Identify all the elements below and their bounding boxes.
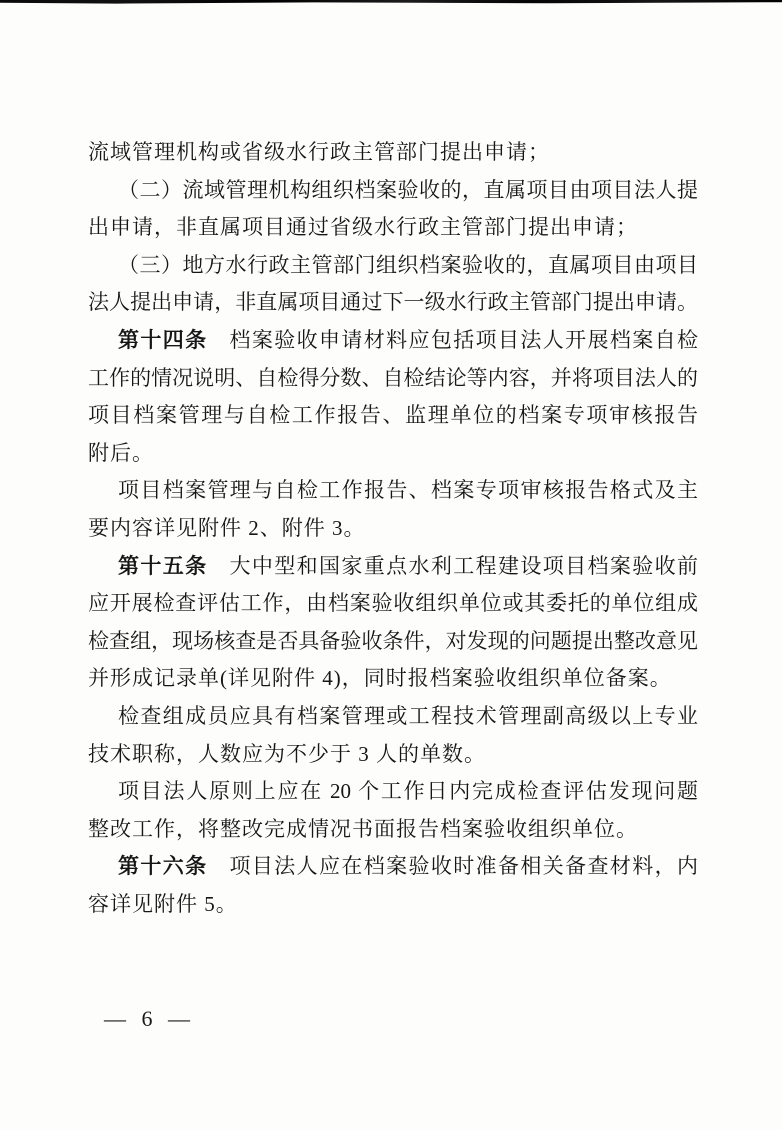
document-body: 流域管理机构或省级水行政主管部门提出申请； （二）流域管理机构组织档案验收的，直…	[88, 134, 698, 923]
text-line: 要内容详见附件 2、附件 3。	[88, 510, 698, 548]
text-line: 项目法人原则上应在 20 个工作日内完成检查评估发现问题	[88, 773, 698, 811]
text-line: （三）地方水行政主管部门组织档案验收的，直属项目由项目	[88, 247, 698, 285]
article-number: 第十四条	[118, 329, 208, 352]
line-text: 容详见附件 5。	[88, 892, 238, 916]
line-text: 要内容详见附件 2、附件 3。	[88, 516, 366, 540]
line-text: 项目法人应在档案验收时准备相关备查材料，内	[230, 854, 699, 878]
text-line: 技术职称，人数应为不少于 3 人的单数。	[88, 736, 698, 774]
text-line: 并形成记录单(详见附件 4)，同时报档案验收组织单位备案。	[88, 660, 698, 698]
text-line: 流域管理机构或省级水行政主管部门提出申请；	[88, 134, 698, 172]
line-text: 并形成记录单(详见附件 4)，同时报档案验收组织单位备案。	[88, 666, 672, 690]
line-text: （二）流域管理机构组织档案验收的，直属项目由项目法人提	[118, 178, 698, 202]
line-text: 出申请，非直属项目通过省级水行政主管部门提出申请；	[88, 215, 638, 239]
text-line: 第十五条大中型和国家重点水利工程建设项目档案验收前	[88, 548, 698, 586]
line-text: 项目档案管理与自检工作报告、监理单位的档案专项审核报告	[88, 403, 698, 427]
line-text: 检查组成员应具有档案管理或工程技术管理副高级以上专业	[118, 704, 698, 728]
text-line: 项目档案管理与自检工作报告、档案专项审核报告格式及主	[88, 472, 698, 510]
text-line: 项目档案管理与自检工作报告、监理单位的档案专项审核报告	[88, 397, 698, 435]
line-text: 法人提出申请，非直属项目通过下一级水行政主管部门提出申请。	[88, 290, 698, 314]
text-line: 出申请，非直属项目通过省级水行政主管部门提出申请；	[88, 209, 698, 247]
line-text: 技术职称，人数应为不少于 3 人的单数。	[88, 742, 486, 766]
text-line: 附后。	[88, 435, 698, 473]
page-number: — 6 —	[104, 1006, 195, 1032]
text-line: 工作的情况说明、自检得分数、自检结论等内容，并将项目法人的	[88, 360, 698, 398]
text-line: 检查组，现场核查是否具备验收条件，对发现的问题提出整改意见	[88, 623, 698, 661]
text-line: 第十四条档案验收申请材料应包括项目法人开展档案自检	[88, 322, 698, 360]
line-text: （三）地方水行政主管部门组织档案验收的，直属项目由项目	[118, 253, 698, 277]
line-text: 项目档案管理与自检工作报告、档案专项审核报告格式及主	[118, 478, 698, 502]
text-line: 整改工作，将整改完成情况书面报告档案验收组织单位。	[88, 811, 698, 849]
article-number: 第十六条	[118, 855, 208, 878]
line-text: 项目法人原则上应在 20 个工作日内完成检查评估发现问题	[118, 779, 698, 803]
line-text: 流域管理机构或省级水行政主管部门提出申请；	[88, 140, 550, 164]
text-line: （二）流域管理机构组织档案验收的，直属项目由项目法人提	[88, 172, 698, 210]
line-text: 整改工作，将整改完成情况书面报告档案验收组织单位。	[88, 817, 638, 841]
line-text: 检查组，现场核查是否具备验收条件，对发现的问题提出整改意见	[88, 629, 698, 653]
text-line: 应开展检查评估工作，由档案验收组织单位或其委托的单位组成	[88, 585, 698, 623]
text-line: 检查组成员应具有档案管理或工程技术管理副高级以上专业	[88, 698, 698, 736]
scan-edge-artifact	[0, 0, 782, 4]
text-line: 第十六条项目法人应在档案验收时准备相关备查材料，内	[88, 848, 698, 886]
line-text: 工作的情况说明、自检得分数、自检结论等内容，并将项目法人的	[88, 366, 698, 390]
article-number: 第十五条	[118, 555, 208, 578]
line-text: 附后。	[88, 441, 154, 465]
text-line: 法人提出申请，非直属项目通过下一级水行政主管部门提出申请。	[88, 284, 698, 322]
line-text: 档案验收申请材料应包括项目法人开展档案自检	[230, 328, 699, 352]
document-page: 流域管理机构或省级水行政主管部门提出申请； （二）流域管理机构组织档案验收的，直…	[0, 0, 782, 1130]
line-text: 应开展检查评估工作，由档案验收组织单位或其委托的单位组成	[88, 591, 698, 615]
line-text: 大中型和国家重点水利工程建设项目档案验收前	[230, 554, 699, 578]
text-line: 容详见附件 5。	[88, 886, 698, 924]
